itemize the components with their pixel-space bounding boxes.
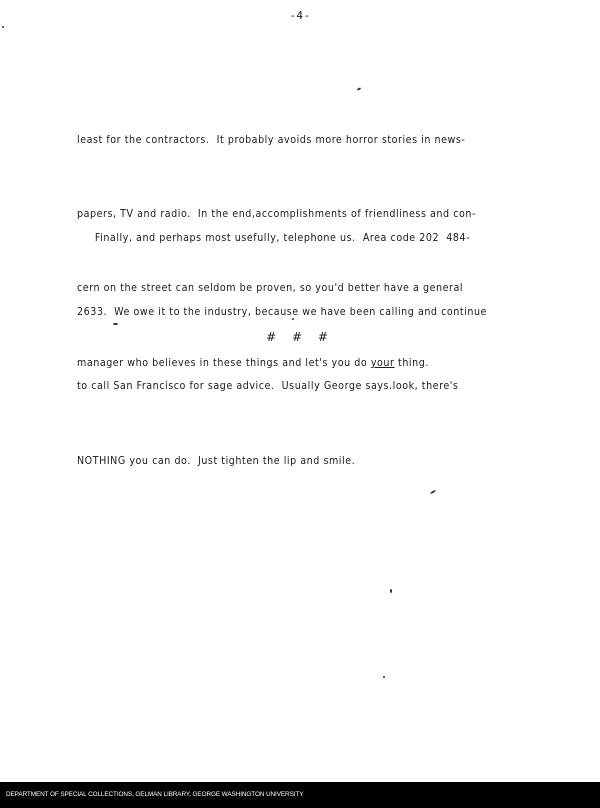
scan-speck [292,318,294,320]
footer-credit: DEPARTMENT OF SPECIAL COLLECTIONS, GELMA… [6,791,303,798]
end-mark: # # # [0,330,600,344]
footer-bar: DEPARTMENT OF SPECIAL COLLECTIONS, GELMA… [0,782,600,808]
scan-speck [113,323,118,325]
text-line: 2633. We owe it to the industry, because… [77,300,537,325]
text-line: least for the contractors. It probably a… [77,128,537,153]
scan-speck [383,676,385,678]
scan-speck [2,26,4,28]
text-line: to call San Francisco for sage advice. U… [77,374,537,399]
text-line: Finally, and perhaps most usefully, tele… [77,226,537,251]
text-line: NOTHING you can do. Just tighten the lip… [77,449,537,474]
page-number: -4- [0,9,600,22]
scan-speck [390,589,392,593]
